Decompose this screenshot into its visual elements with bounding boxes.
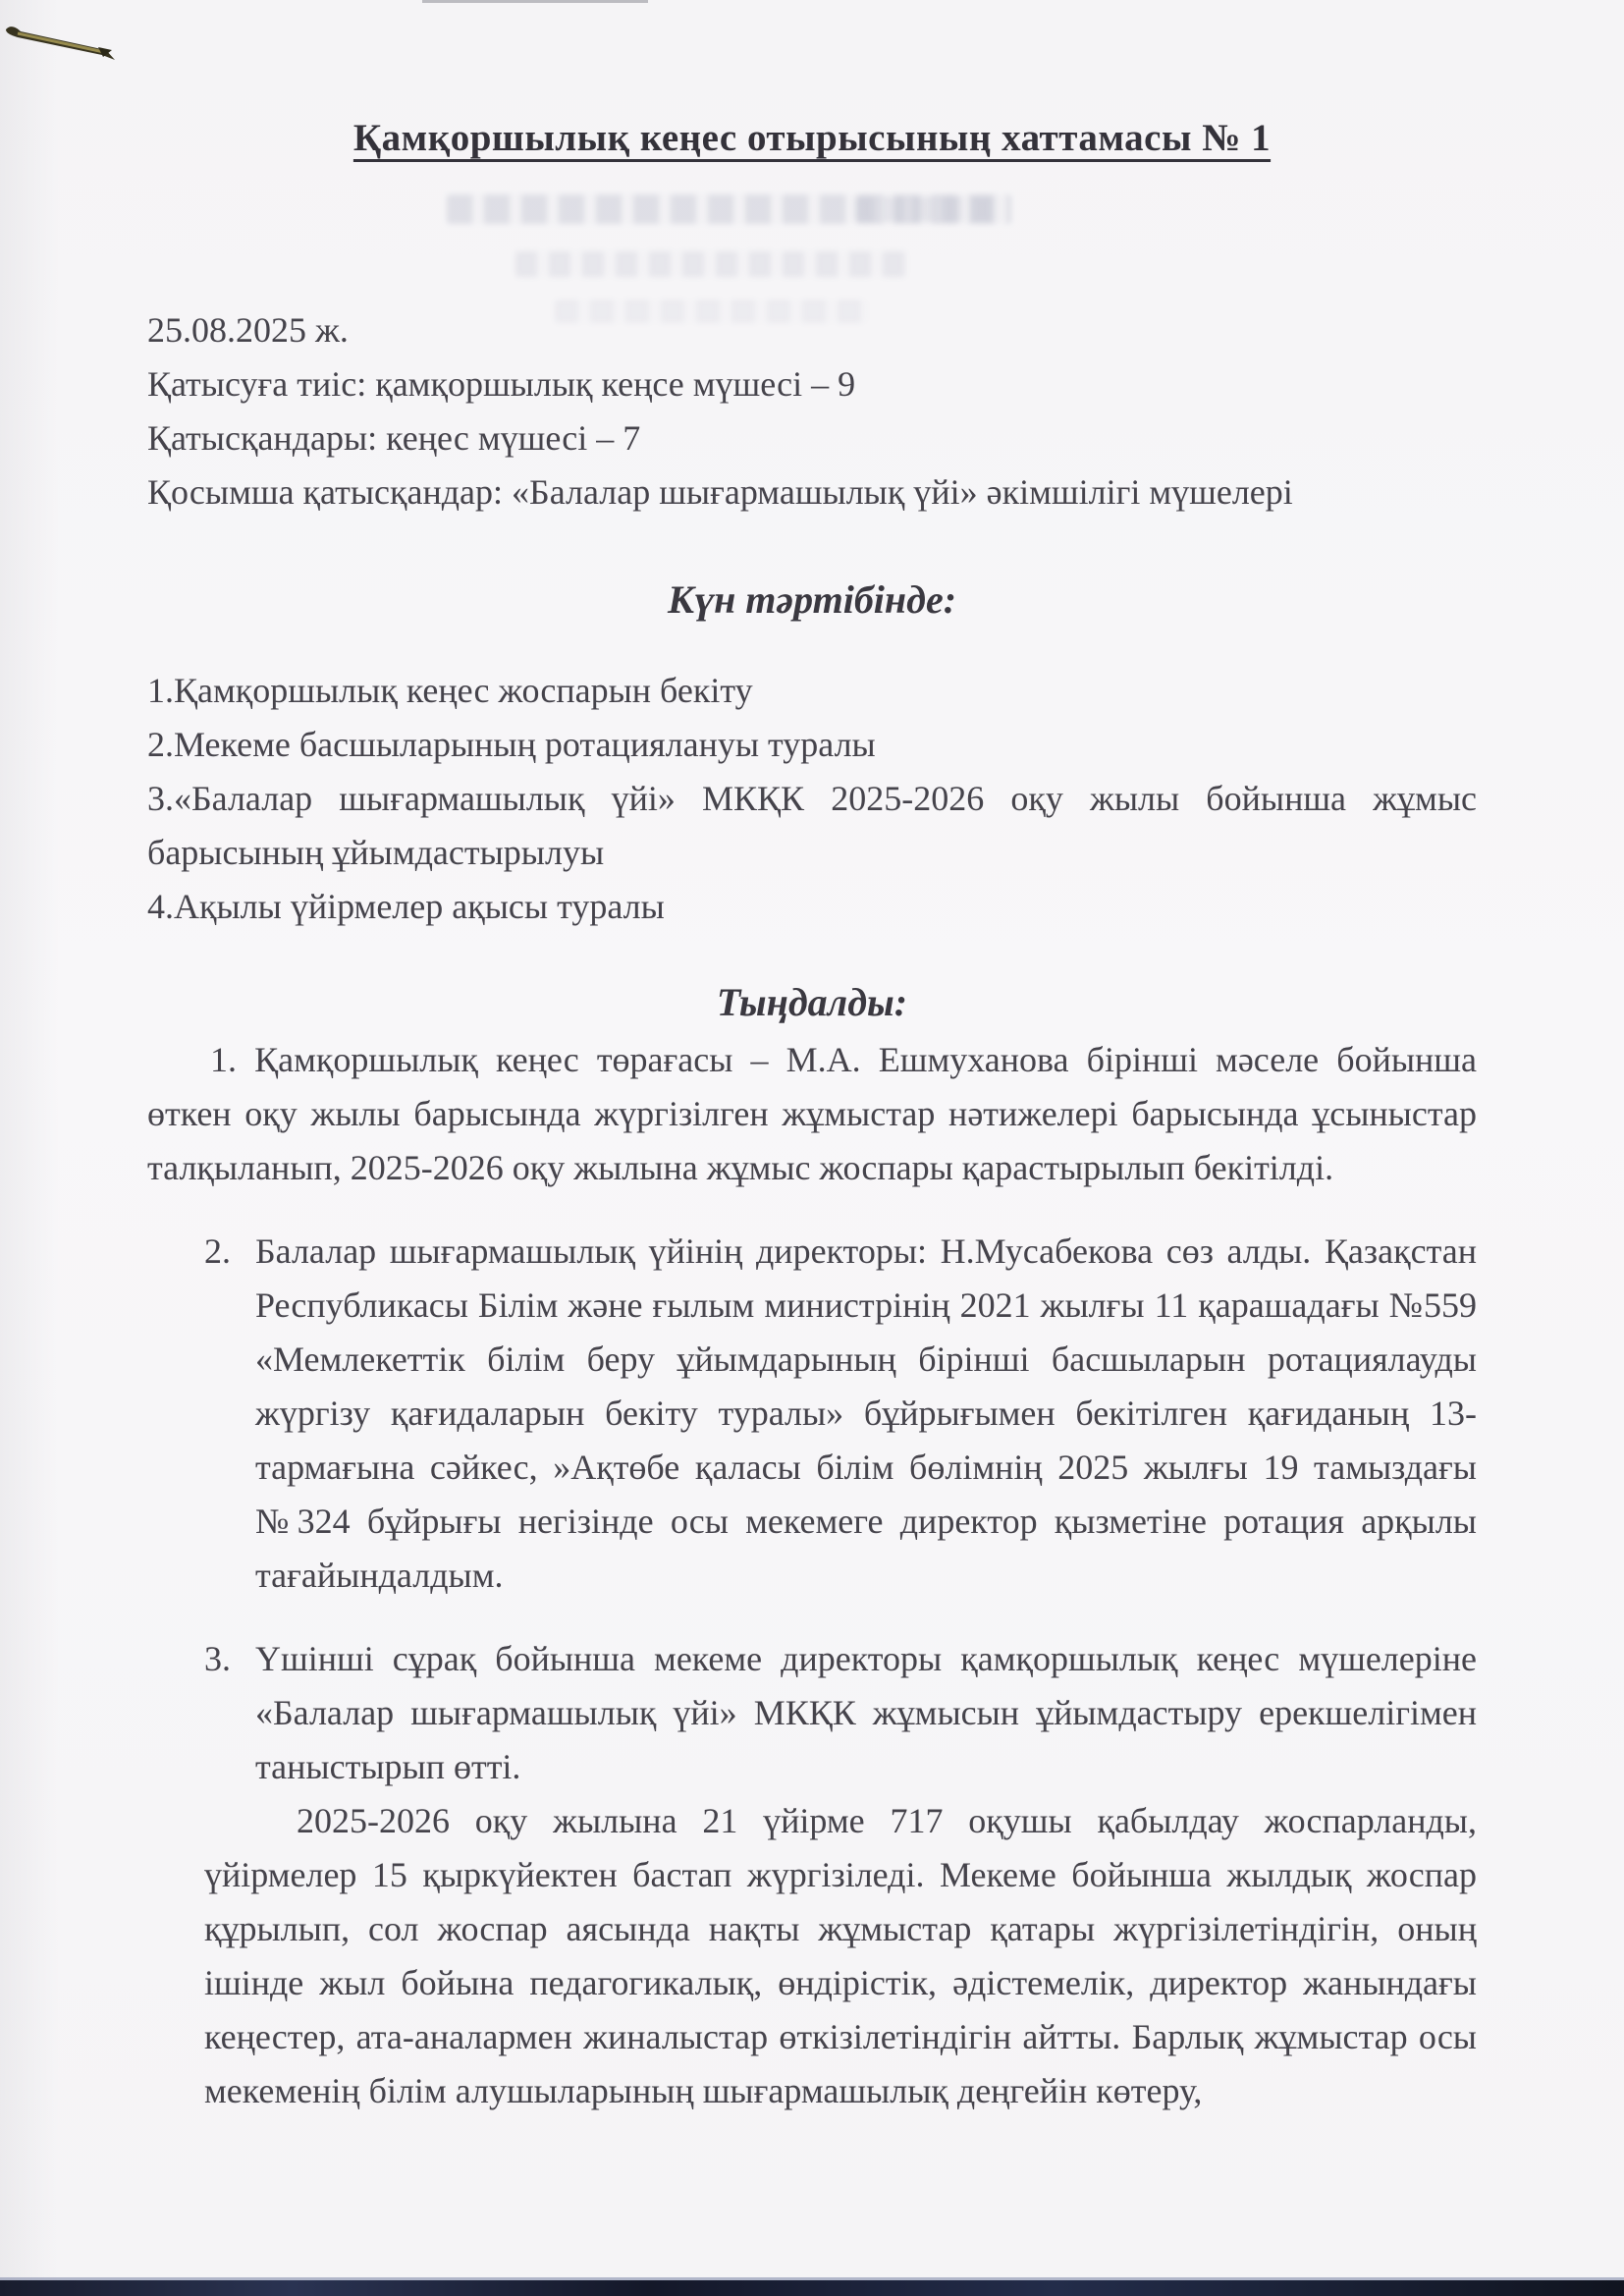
scanned-document-page: Қамқоршылық кеңес отырысының хаттамасы №… bbox=[0, 0, 1624, 2296]
meta-block: 25.08.2025 ж. Қатысуға тиіс: қамқоршылық… bbox=[147, 303, 1477, 519]
heard-item-3-text: Үшінші сұрақ бойынша мекеме директоры қа… bbox=[255, 1632, 1477, 1794]
heard-heading: Тыңдалды: bbox=[147, 979, 1477, 1025]
meta-present-attendees: Қатысқандары: кеңес мүшесі – 7 bbox=[147, 411, 1477, 465]
document-title: Қамқоршылық кеңес отырысының хаттамасы №… bbox=[147, 116, 1477, 160]
scan-edge-bottom bbox=[0, 2280, 1624, 2296]
heard-paragraph-1: 1. Қамқоршылық кеңес төрағасы – М.А. Ешм… bbox=[147, 1033, 1477, 1195]
agenda-list: 1.Қамқоршылық кеңес жоспарын бекіту 2.Ме… bbox=[147, 664, 1477, 934]
heard-item-2: 2. Балалар шығармашылық үйінің директоры… bbox=[204, 1225, 1477, 1603]
meta-additional-attendees: Қосымша қатысқандар: «Балалар шығармашыл… bbox=[147, 465, 1477, 519]
meta-required-attendees: Қатысуға тиіс: қамқоршылық кеңсе мүшесі … bbox=[147, 357, 1477, 411]
heard-item-3-number: 3. bbox=[204, 1632, 255, 1794]
agenda-item-1: 1.Қамқоршылық кеңес жоспарын бекіту bbox=[147, 664, 1477, 718]
agenda-heading: Күн тәртібінде: bbox=[147, 576, 1477, 623]
heard-item-2-text: Балалар шығармашылық үйінің директоры: Н… bbox=[255, 1225, 1477, 1603]
agenda-item-4: 4.Ақылы үйірмелер ақысы туралы bbox=[147, 880, 1477, 934]
agenda-item-3: 3.«Балалар шығармашылық үйі» МКҚК 2025-2… bbox=[147, 772, 1477, 880]
heard-item-2-number: 2. bbox=[204, 1225, 255, 1603]
meta-date: 25.08.2025 ж. bbox=[147, 303, 1477, 357]
heard-item-3: 3. Үшінші сұрақ бойынша мекеме директоры… bbox=[204, 1632, 1477, 1794]
pen-scan-artifact bbox=[4, 20, 128, 67]
document-body: Қамқоршылық кеңес отырысының хаттамасы №… bbox=[147, 0, 1477, 2118]
agenda-item-2: 2.Мекеме басшыларының ротациялануы турал… bbox=[147, 718, 1477, 772]
heard-paragraph-4: 2025-2026 оқу жылына 21 үйірме 717 оқушы… bbox=[204, 1794, 1477, 2118]
